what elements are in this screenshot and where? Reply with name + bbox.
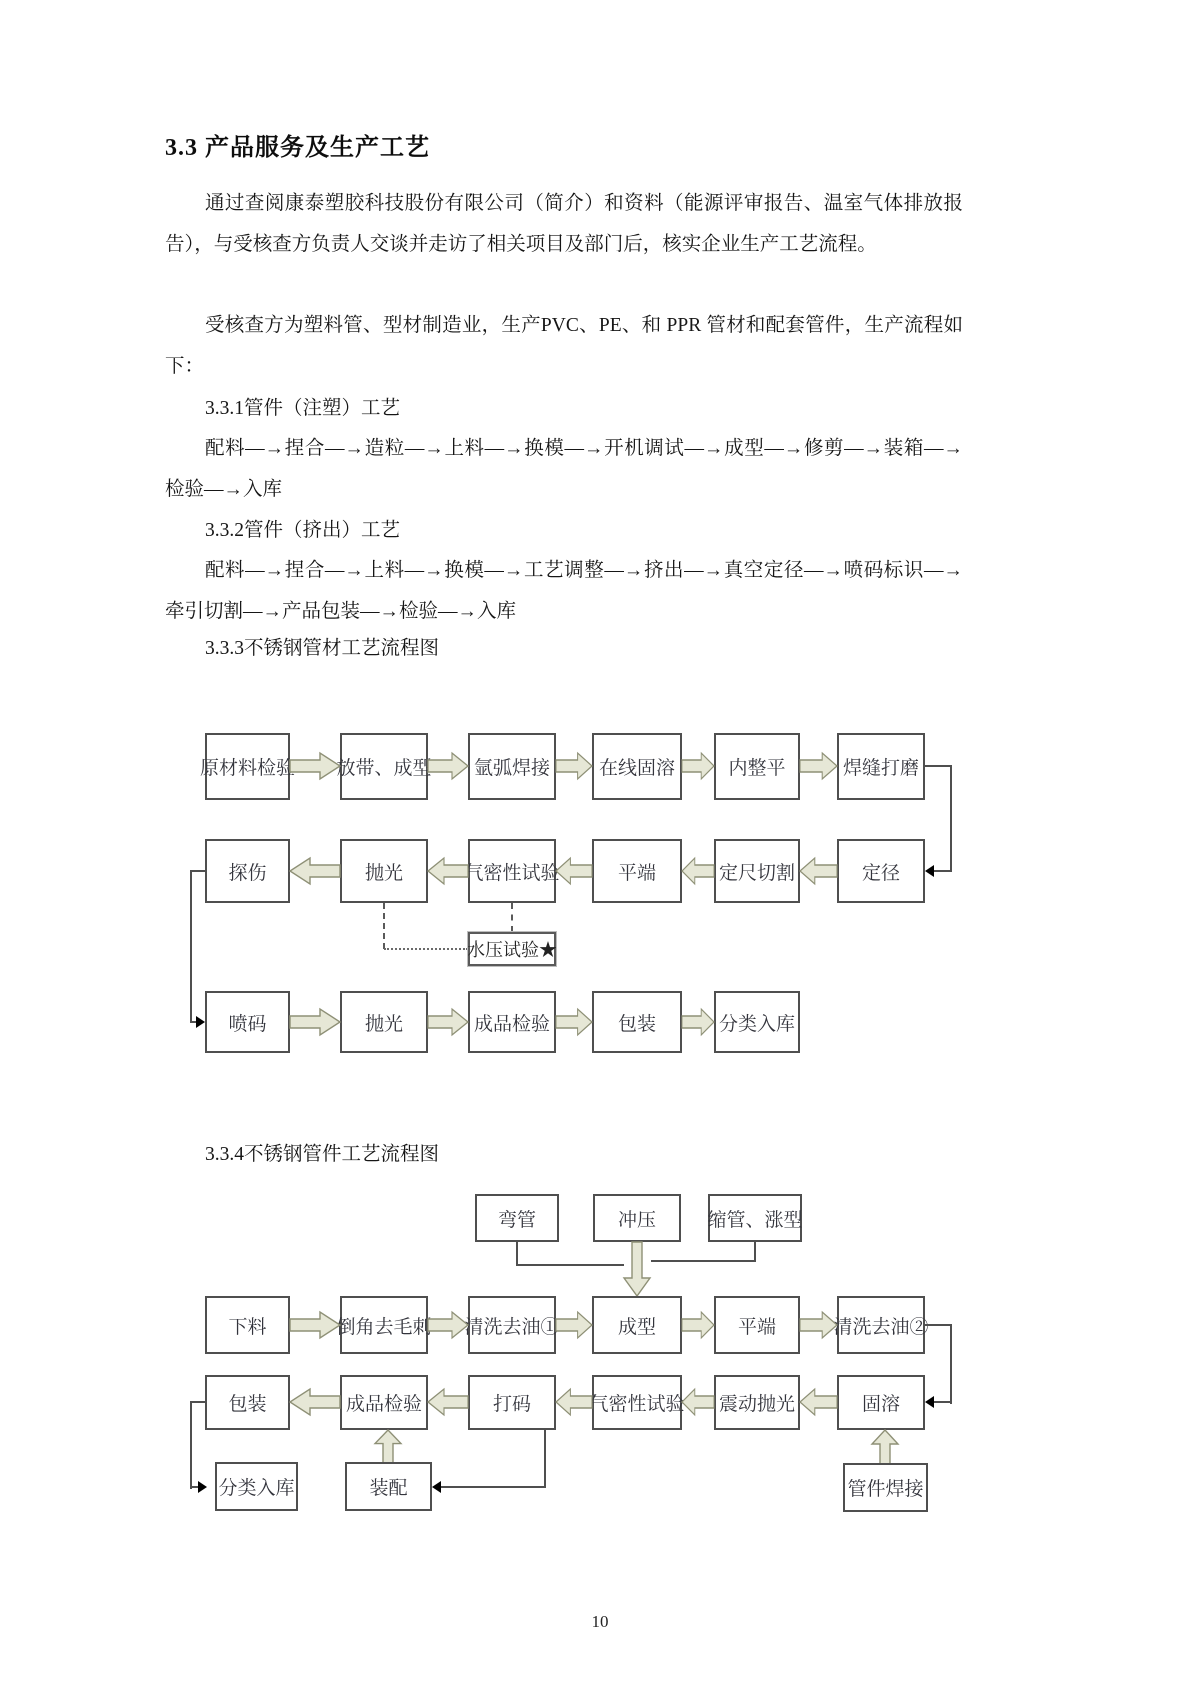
arrowhead-left-icon xyxy=(925,865,934,877)
flow1-box-polish: 抛光 xyxy=(340,839,428,903)
flow2-box-blanking: 下料 xyxy=(205,1296,290,1354)
flow1-box-airtight-test: 气密性试验 xyxy=(468,839,556,903)
flow2-box-degrease-2: 清洗去油② xyxy=(837,1296,925,1354)
connector-line xyxy=(190,870,192,1023)
connector-line xyxy=(925,1324,952,1326)
flow-arrow-right-icon xyxy=(682,1007,714,1037)
flow-arrow-right-icon xyxy=(800,1310,837,1340)
flow-arrow-right-icon xyxy=(290,1310,340,1340)
flow-arrow-right-icon xyxy=(682,1310,714,1340)
subsection-331-title: 3.3.1管件（注塑）工艺 xyxy=(205,388,963,429)
flow2-box-assembly: 装配 xyxy=(345,1462,432,1511)
flow1-box-weld-grinding: 焊缝打磨 xyxy=(837,733,925,800)
flow2-box-fitting-welding: 管件焊接 xyxy=(843,1463,928,1512)
flow1-box-cut-to-length: 定尺切割 xyxy=(714,839,800,903)
flow1-box-sizing: 定径 xyxy=(837,839,925,903)
connector-line xyxy=(516,1264,624,1266)
dashed-connector xyxy=(511,903,513,932)
flow-arrow-left-icon xyxy=(682,1387,714,1417)
subsection-333-title: 3.3.3不锈钢管材工艺流程图 xyxy=(205,628,963,669)
flow2-box-sorted-storage: 分类入库 xyxy=(215,1462,298,1511)
flow1-box-strip-forming: 放带、成型 xyxy=(340,733,428,800)
flow-arrow-left-icon xyxy=(556,856,592,886)
flow2-box-flat-end: 平端 xyxy=(714,1296,800,1354)
flow1-box-raw-material-check: 原材料检验 xyxy=(205,733,290,800)
arrowhead-left-icon xyxy=(925,1396,934,1408)
flow-arrow-down-icon xyxy=(623,1242,651,1296)
flow-arrow-left-icon xyxy=(682,856,714,886)
flow-arrow-right-icon xyxy=(800,751,837,781)
connector-line xyxy=(934,870,952,872)
flow2-box-vibration-polish: 震动抛光 xyxy=(714,1375,800,1430)
arrowhead-right-icon xyxy=(196,1016,205,1028)
subsection-332-title: 3.3.2管件（挤出）工艺 xyxy=(205,510,963,551)
flow2-box-shrink-expand: 缩管、涨型 xyxy=(708,1194,802,1242)
flow2-box-solution-treat: 固溶 xyxy=(837,1375,925,1430)
flow1-box-inkjet-code: 喷码 xyxy=(205,991,290,1053)
flow-arrow-left-icon xyxy=(428,1387,468,1417)
flow-arrow-right-icon xyxy=(682,751,714,781)
flow-arrow-left-icon xyxy=(428,856,468,886)
flow2-box-packing: 包装 xyxy=(205,1375,290,1430)
connector-line xyxy=(925,765,952,767)
flow2-box-deburring: 倒角去毛刺 xyxy=(340,1296,428,1354)
connector-line xyxy=(950,1324,952,1404)
flow1-box-final-inspection: 成品检验 xyxy=(468,991,556,1053)
flow2-box-bend-pipe: 弯管 xyxy=(475,1194,559,1242)
flow2-box-forming: 成型 xyxy=(592,1296,682,1354)
flow-arrow-right-icon xyxy=(428,1310,468,1340)
flow-arrow-up-icon xyxy=(374,1430,402,1463)
paragraph-intro: 通过查阅康泰塑胶科技股份有限公司（简介）和资料（能源评审报告、温室气体排放报告）… xyxy=(165,183,963,265)
flow-arrow-left-icon xyxy=(556,1387,592,1417)
flow2-box-marking: 打码 xyxy=(468,1375,556,1430)
flow-text-331: 配料—→捏合—→造粒—→上料—→换模—→开机调试—→成型—→修剪—→装箱—→检验… xyxy=(165,428,963,510)
connector-line xyxy=(516,1242,518,1266)
flow-arrow-right-icon xyxy=(428,1007,468,1037)
flow-arrow-left-icon xyxy=(800,1387,837,1417)
flow-arrow-left-icon xyxy=(290,856,340,886)
arrowhead-left-icon xyxy=(432,1481,441,1493)
flow-text-332: 配料—→捏合—→上料—→换模—→工艺调整—→挤出—→真空定径—→喷码标识—→牵引… xyxy=(165,550,963,632)
flow1-box-hydraulic-test: 水压试验★ xyxy=(468,932,556,966)
connector-line xyxy=(754,1242,756,1262)
page-number: 10 xyxy=(0,1612,1200,1632)
flow1-box-sorted-storage: 分类入库 xyxy=(714,991,800,1053)
connector-line xyxy=(934,1401,952,1403)
arrowhead-right-icon xyxy=(198,1481,207,1493)
flow1-box-flaw-detect: 探伤 xyxy=(205,839,290,903)
flow2-box-stamping: 冲压 xyxy=(593,1194,681,1242)
flow-arrow-right-icon xyxy=(290,1007,340,1037)
flow1-box-inline-solution: 在线固溶 xyxy=(592,733,682,800)
flow2-box-final-inspection: 成品检验 xyxy=(340,1375,428,1430)
flow-arrow-left-icon xyxy=(800,856,837,886)
flow2-box-degrease-1: 清洗去油① xyxy=(468,1296,556,1354)
flow1-box-polish-2: 抛光 xyxy=(340,991,428,1053)
flow1-box-argon-welding: 氩弧焊接 xyxy=(468,733,556,800)
flow1-box-flat-end: 平端 xyxy=(592,839,682,903)
flow-arrow-right-icon xyxy=(290,751,340,781)
flow-arrow-left-icon xyxy=(290,1387,340,1417)
connector-line xyxy=(190,870,205,872)
dashed-connector xyxy=(383,903,385,949)
flow1-box-inner-flatten: 内整平 xyxy=(714,733,800,800)
flow-arrow-right-icon xyxy=(556,1310,592,1340)
flow2-box-airtight-test: 气密性试验 xyxy=(592,1375,682,1430)
connector-line xyxy=(190,1401,192,1489)
connector-line xyxy=(190,1401,205,1403)
dotted-connector xyxy=(384,948,468,950)
connector-line xyxy=(441,1486,546,1488)
subsection-334-title: 3.3.4不锈钢管件工艺流程图 xyxy=(205,1134,963,1175)
document-page: 3.3 产品服务及生产工艺 通过查阅康泰塑胶科技股份有限公司（简介）和资料（能源… xyxy=(0,0,1200,1696)
flow-arrow-up-icon xyxy=(871,1430,899,1464)
flow1-box-packing: 包装 xyxy=(592,991,682,1053)
connector-line xyxy=(651,1260,756,1262)
section-heading: 3.3 产品服务及生产工艺 xyxy=(165,130,430,166)
connector-line xyxy=(950,765,952,872)
paragraph-scope: 受核查方为塑料管、型材制造业，生产PVC、PE、和 PPR 管材和配套管件，生产… xyxy=(165,305,963,387)
flow-arrow-right-icon xyxy=(556,751,592,781)
flow-arrow-right-icon xyxy=(556,1007,592,1037)
flow-arrow-right-icon xyxy=(428,751,468,781)
connector-line xyxy=(544,1430,546,1488)
